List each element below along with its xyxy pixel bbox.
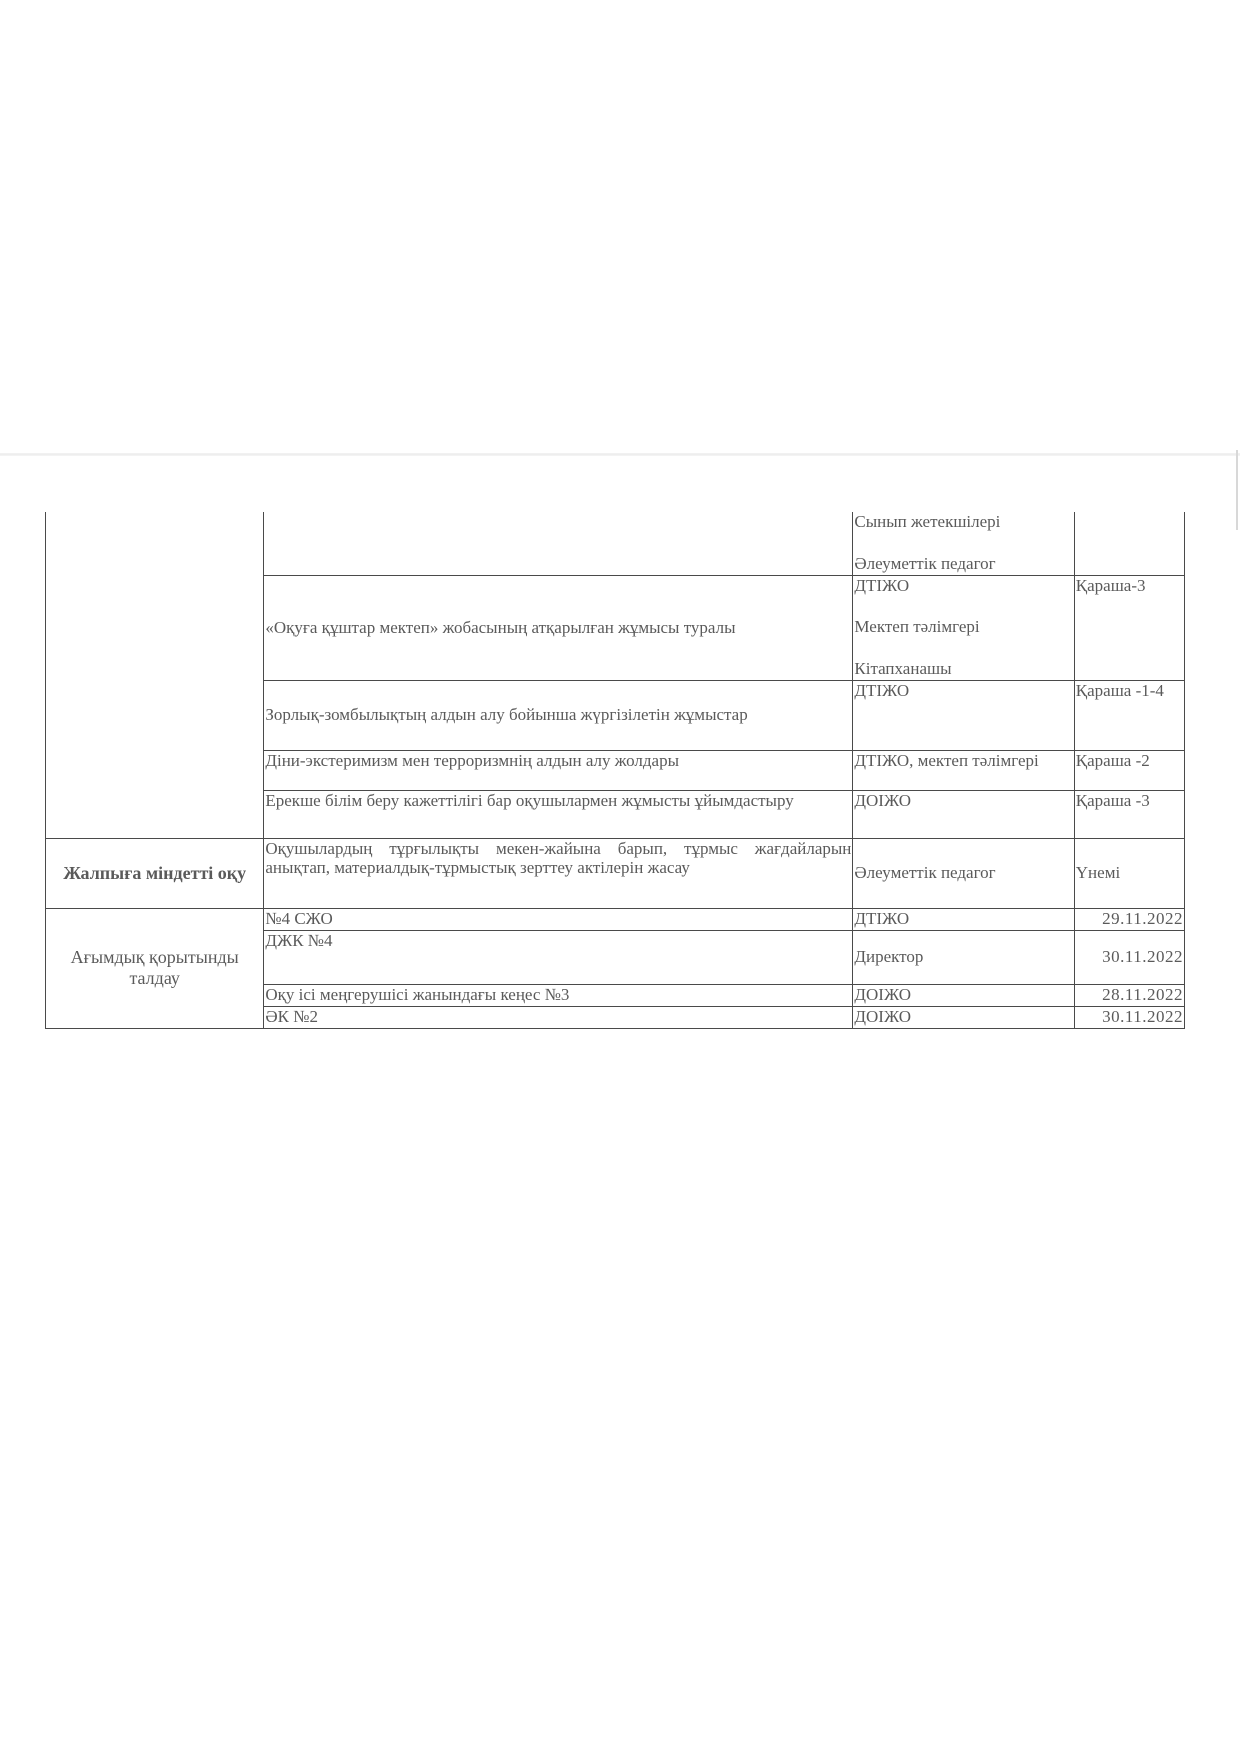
date-cell: 29.11.2022 bbox=[1074, 908, 1184, 930]
responsible-cell: ДТІЖО, мектеп тәлімгері bbox=[853, 750, 1074, 790]
responsible-cell: ДТІЖО bbox=[853, 680, 1074, 750]
section-cell-continued bbox=[46, 512, 264, 838]
responsible-name: ДОІЖО bbox=[854, 1007, 1072, 1027]
scan-edge-line bbox=[0, 453, 1240, 456]
date-cell: 30.11.2022 bbox=[1074, 1006, 1184, 1028]
date-cell: Қараша -2 bbox=[1074, 750, 1184, 790]
event-cell: «Оқуға құштар мектеп» жобасының атқарылғ… bbox=[264, 575, 853, 680]
scan-edge-mark bbox=[1236, 450, 1238, 530]
responsible-name: Кітапханашы bbox=[854, 659, 1072, 679]
responsible-name: Әлеуметтік педагог bbox=[854, 554, 1072, 574]
responsible-cell: Директор bbox=[853, 930, 1074, 984]
event-cell: Зорлық-зомбылықтың алдын алу бойынша жүр… bbox=[264, 680, 853, 750]
responsible-name: ДТІЖО, мектеп тәлімгері bbox=[854, 751, 1072, 771]
event-cell: ДЖК №4 bbox=[264, 930, 853, 984]
event-cell: Діни-экстеримизм мен терроризмнің алдын … bbox=[264, 750, 853, 790]
table-row: Жалпыға міндетті оқу Оқушылардың тұрғылы… bbox=[46, 838, 1185, 908]
date-cell: Қараша -1-4 bbox=[1074, 680, 1184, 750]
event-cell: Ерекше білім беру кажеттілігі бар оқушыл… bbox=[264, 790, 853, 838]
responsible-cell: ДОІЖО bbox=[853, 790, 1074, 838]
work-plan-table: Сынып жетекшілері Әлеуметтік педагог «Оқ… bbox=[45, 512, 1185, 1029]
responsible-cell: ДОІЖО bbox=[853, 984, 1074, 1006]
responsible-name: ДТІЖО bbox=[854, 909, 1072, 929]
responsible-name: Әлеуметтік педагог bbox=[854, 863, 1072, 883]
date-cell: Қараша-3 bbox=[1074, 575, 1184, 680]
section-title-compulsory-education: Жалпыға міндетті оқу bbox=[46, 838, 264, 908]
responsible-name: Директор bbox=[854, 947, 1072, 967]
date-cell: Қараша -3 bbox=[1074, 790, 1184, 838]
section-title-current-analysis: Ағымдық қорытынды талдау bbox=[46, 908, 264, 1028]
table-row: Сынып жетекшілері Әлеуметтік педагог bbox=[46, 512, 1185, 575]
event-cell bbox=[264, 512, 853, 575]
table-row: Ағымдық қорытынды талдау №4 СЖО ДТІЖО 29… bbox=[46, 908, 1185, 930]
date-cell: 30.11.2022 bbox=[1074, 930, 1184, 984]
responsible-cell: ДТІЖО Мектеп тәлімгері Кітапханашы bbox=[853, 575, 1074, 680]
event-cell: Оқу ісі меңгерушісі жанындағы кеңес №3 bbox=[264, 984, 853, 1006]
responsible-name: Сынып жетекшілері bbox=[854, 512, 1072, 532]
event-cell: ӘК №2 bbox=[264, 1006, 853, 1028]
responsible-name: ДОІЖО bbox=[854, 985, 1072, 1005]
event-cell: Оқушылардың тұрғылықты мекен-жайына бары… bbox=[264, 838, 853, 908]
responsible-cell: ДОІЖО bbox=[853, 1006, 1074, 1028]
responsible-name: ДТІЖО bbox=[854, 681, 1072, 701]
date-cell: Үнемі bbox=[1074, 838, 1184, 908]
responsible-cell: ДТІЖО bbox=[853, 908, 1074, 930]
responsible-name: ДОІЖО bbox=[854, 791, 1072, 811]
responsible-name: Мектеп тәлімгері bbox=[854, 617, 1072, 637]
event-cell: №4 СЖО bbox=[264, 908, 853, 930]
responsible-name: ДТІЖО bbox=[854, 576, 1072, 596]
date-cell: 28.11.2022 bbox=[1074, 984, 1184, 1006]
responsible-cell: Әлеуметтік педагог bbox=[853, 838, 1074, 908]
responsible-cell: Сынып жетекшілері Әлеуметтік педагог bbox=[853, 512, 1074, 575]
date-cell bbox=[1074, 512, 1184, 575]
